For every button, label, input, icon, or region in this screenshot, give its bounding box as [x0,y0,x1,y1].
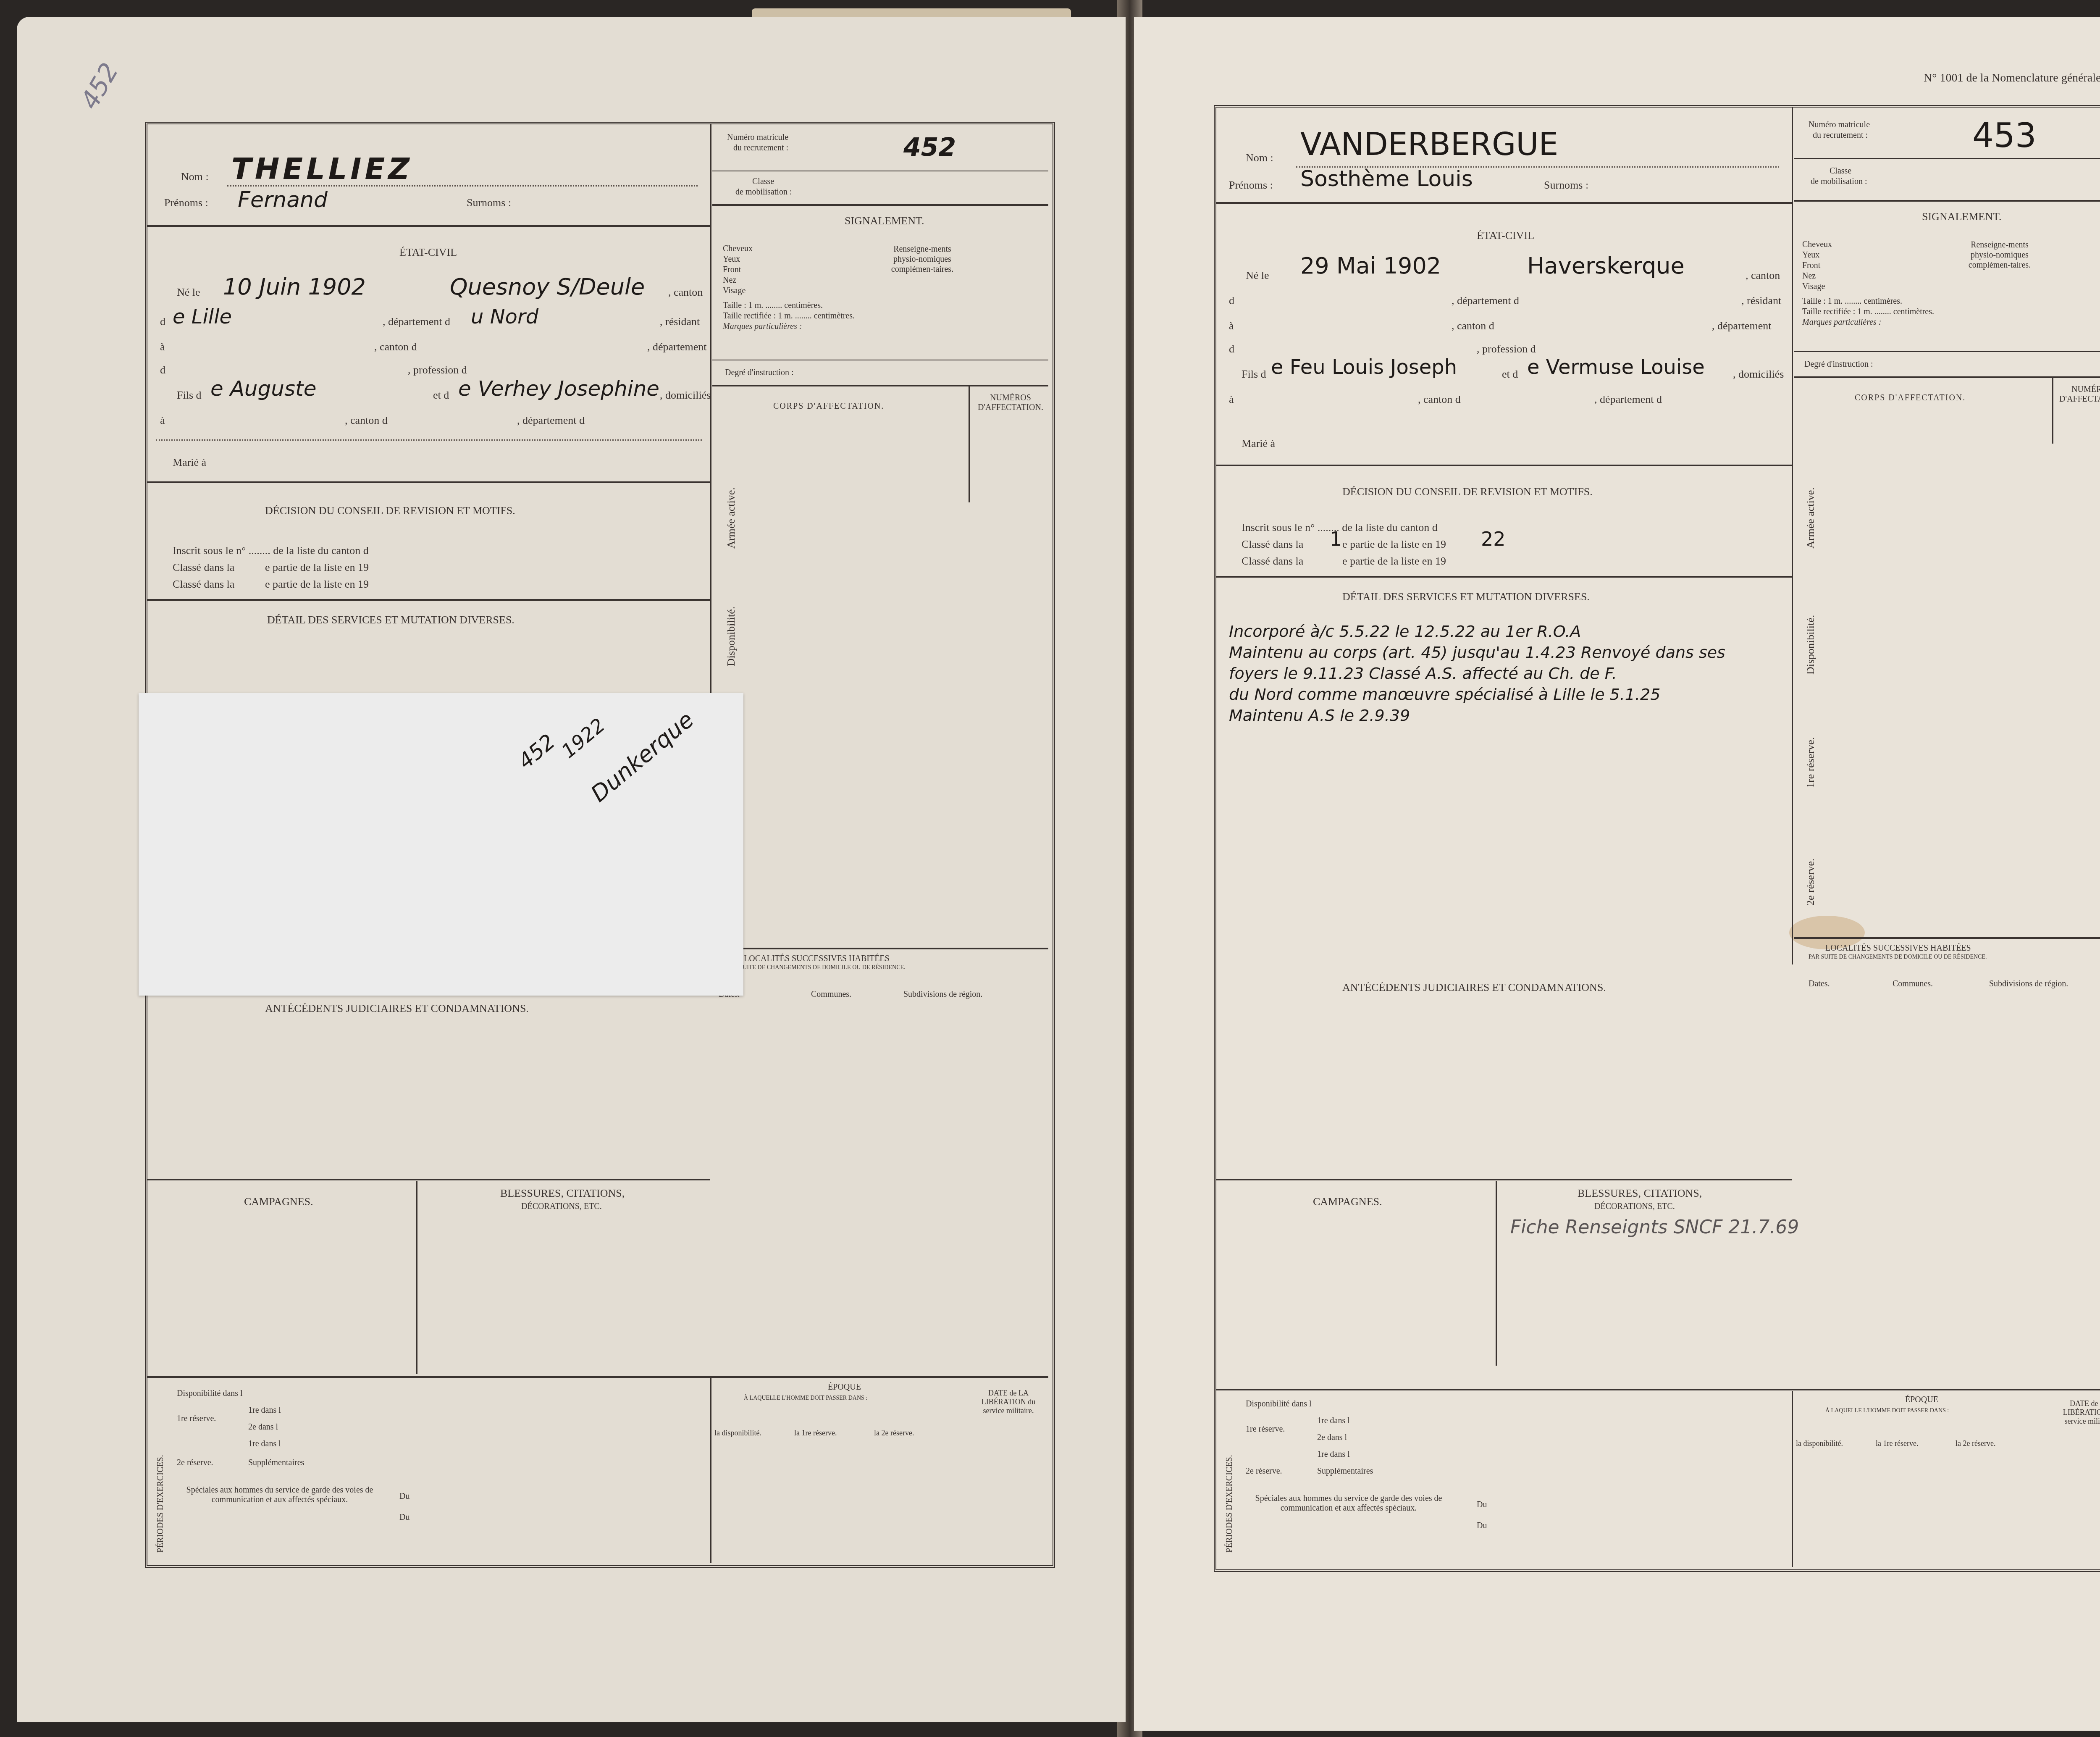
service-line: Maintenu au corps (art. 45) jusqu'au 1.4… [1229,643,1725,662]
campagnes-heading-r: CAMPAGNES. [1313,1196,1382,1208]
recrutement-label-r: du recrutement : [1813,131,1868,140]
deuxieme-dans-label-r: 2e dans l [1317,1433,1347,1443]
yeux-label-r: Yeux [1802,250,1819,260]
nom-line [227,185,698,187]
a-label-r: à [1229,320,1234,332]
d-label-r2: d [1229,343,1234,355]
classe-dans-label-1: Classé dans la [173,561,234,574]
dates-heading-r: Dates. [1809,979,1830,989]
blessures-heading-r: BLESSURES, CITATIONS, [1578,1187,1702,1200]
supplementaires-label-r: Supplémentaires [1317,1466,1373,1476]
front-label: Front [723,265,741,275]
deuxieme-dans-label: 2e dans l [248,1422,278,1432]
birth-place-r: Haverskerque [1527,252,1685,279]
partie-liste-label-r1: e partie de la liste en 19 [1342,538,1446,551]
du-label-2: Du [399,1513,409,1522]
departement-label: , département d [383,315,450,328]
taille-label-r: Taille : 1 m. ........ centimères. [1802,297,1902,306]
la-2e-reserve-heading-r: la 2e réserve. [1956,1439,1995,1448]
birth-place: Quesnoy S/Deule [450,273,645,300]
birth-date-r: 29 Mai 1902 [1300,252,1441,279]
matricule-label: Numéro matricule [727,133,788,142]
numeros-affectation-heading: NUMÉROS D'AFFECTATION. [977,393,1044,413]
matricule-value-r: 453 [1972,116,2037,155]
a-label-2: à [160,414,165,427]
reserve-2-label-r: 2e réserve. [1804,858,1817,906]
numeros-affectation-heading-r: NUMÉROS D'AFFECTATION. [2058,385,2100,404]
attached-index-card: 452 1922 Dunkerque [139,693,743,996]
decorations-heading: DÉCORATIONS, ETC. [521,1202,602,1211]
domicilies-label-r: , domiciliés [1733,368,1784,381]
etat-civil-heading-r: ÉTAT-CIVIL [1477,229,1534,242]
nom-label: Nom : [181,171,209,183]
premiere-reserve-label: 1re réserve. [177,1414,216,1424]
marques-label: Marques particulières : [723,322,802,331]
canton-d-label-2: , canton d [345,414,388,427]
left-corner-number: 452 [75,58,124,114]
localites-heading: LOCALITÉS SUCCESSIVES HABITÉES [744,954,890,964]
epoque-sub: À LAQUELLE L'HOMME DOIT PASSER DANS : [744,1395,867,1402]
et-de-label: et d [433,389,449,402]
epoque-heading-r: ÉPOQUE [1905,1395,1938,1405]
residant-label: , résidant [660,315,700,328]
cheveux-label-r: Cheveux [1802,240,1832,250]
departement-d-label-r: , département d [1594,393,1662,406]
armee-active-label: Armée active. [725,487,738,549]
partie-liste-label-2: e partie de la liste en 19 [265,578,369,591]
signalement-heading-r: SIGNALEMENT. [1922,210,2001,223]
yeux-label: Yeux [723,255,740,264]
la-disponibilite-heading-r: la disponibilité. [1796,1439,1843,1448]
detail-services-heading-r: DÉTAIL DES SERVICES ET MUTATION DIVERSES… [1342,591,1590,603]
prenoms-label-r: Prénoms : [1229,179,1273,192]
nez-label: Nez [723,276,736,285]
corps-affectation-heading: CORPS D'AFFECTATION. [773,402,884,411]
supplementaires-label: Supplémentaires [248,1458,304,1468]
etat-civil-heading: ÉTAT-CIVIL [399,246,457,259]
birth-date: 10 Juin 1902 [223,273,366,300]
canton-value: e Lille [173,305,232,328]
departement-value: u Nord [471,305,538,328]
speciales-label-r: Spéciales aux hommes du service de garde… [1242,1494,1456,1513]
reserve-1-label-r: 1re réserve. [1804,737,1817,788]
taille-rectifiee-label: Taille rectifiée : 1 m. ........ centimè… [723,311,855,321]
subdivisions-heading-r: Subdivisions de région. [1989,979,2068,989]
du-label-1: Du [399,1492,409,1501]
ne-le-label-r: Né le [1246,269,1269,282]
a-label-r2: à [1229,393,1234,406]
front-label-r: Front [1802,261,1820,271]
service-line: du Nord comme manœuvre spécialisé à Lill… [1229,685,1660,704]
localites-sub-r: PAR SUITE DE CHANGEMENTS DE DOMICILE OU … [1809,954,1987,961]
communes-heading: Communes. [811,990,851,999]
la-1re-reserve-heading: la 1re réserve. [794,1429,837,1437]
fils-de-label: Fils d [177,389,202,402]
renseignements-label: Renseigne-ments physio-nomiques compléme… [891,244,954,274]
service-line: Maintenu A.S le 2.9.39 [1229,706,1410,725]
disponibilite-dans-label-r: Disponibilité dans l [1246,1399,1312,1409]
decision-heading-r: DÉCISION DU CONSEIL DE REVISION ET MOTIF… [1342,486,1593,498]
blessures-heading: BLESSURES, CITATIONS, [500,1187,625,1200]
du-label-r1: Du [1477,1500,1487,1510]
blank-line [156,439,702,441]
d-label: d [160,315,165,328]
la-disponibilite-heading: la disponibilité. [714,1429,761,1437]
mother-name-r: e Vermuse Louise [1527,355,1705,379]
card-note-place: Dunkerque [586,706,699,807]
taille-label: Taille : 1 m. ........ centimères. [723,301,823,310]
canton-label-r: , canton [1746,269,1780,282]
la-2e-reserve-heading: la 2e réserve. [874,1429,914,1437]
a-label: à [160,341,165,353]
d-label-2: d [160,364,165,376]
la-1re-reserve-heading-r: la 1re réserve. [1876,1439,1918,1448]
premiere-dans-label-2: 1re dans l [248,1439,281,1449]
localites-sub: PAR SUITE DE CHANGEMENTS DE DOMICILE OU … [727,964,906,971]
detail-services-heading: DÉTAIL DES SERVICES ET MUTATION DIVERSES… [267,614,514,626]
inscrit-label: Inscrit sous le n° ........ de la liste … [173,544,369,557]
cheveux-label: Cheveux [723,244,753,254]
disponibilite-dans-label: Disponibilité dans l [177,1389,243,1398]
premiere-dans-label-r2: 1re dans l [1317,1450,1350,1459]
antecedents-heading: ANTÉCÉDENTS JUDICIAIRES ET CONDAMNATIONS… [265,1002,529,1015]
decorations-heading-r: DÉCORATIONS, ETC. [1594,1202,1675,1211]
prenoms-label: Prénoms : [164,197,208,209]
classe-dans-label-r2: Classé dans la [1242,555,1303,568]
periodes-label-r: PÉRIODES D'EXERCICES. [1225,1455,1234,1553]
classe-partie-value: 1 [1330,528,1342,550]
profession-label: , profession d [408,364,467,376]
departement-d-label: , département d [517,414,585,427]
visage-label: Visage [723,286,745,296]
surnoms-label: Surnoms : [467,197,511,209]
nom-value-r: VANDERBERGUE [1300,126,1558,163]
matricule-label-r: Numéro matricule [1809,120,1870,130]
visage-label-r: Visage [1802,282,1825,292]
departement-label-r: , département d [1452,294,1519,307]
corps-affectation-heading-r: CORPS D'AFFECTATION. [1855,393,1966,403]
canton-d-label: , canton d [374,341,417,353]
taille-rectifiee-label-r: Taille rectifiée : 1 m. ........ centimè… [1802,307,1934,317]
domicilies-label: , domiciliés [660,389,711,402]
card-note-year: 1922 [557,714,609,763]
premiere-dans-label-r: 1re dans l [1317,1416,1350,1426]
service-line: Incorporé à/c 5.5.22 le 12.5.22 au 1er R… [1229,622,1581,641]
father-name: e Auguste [210,376,316,401]
partie-liste-label-1: e partie de la liste en 19 [265,561,369,574]
marie-label-r: Marié à [1242,437,1275,450]
degre-instruction-label: Degré d'instruction : [725,368,794,378]
deuxieme-reserve-label-r: 2e réserve. [1246,1466,1282,1476]
marques-label-r: Marques particulières : [1802,318,1882,327]
armee-active-label-r: Armée active. [1804,487,1817,549]
disponibilite-label-r: Disponibilité. [1804,615,1817,675]
departement-label-2: , département [647,341,707,353]
blessures-note: Fiche Renseignts SNCF 21.7.69 [1510,1217,1799,1238]
right-form: Nom : VANDERBERGUE Prénoms : Sosthème Lo… [1214,105,2100,1572]
mobilisation-label-r: de mobilisation : [1811,177,1867,187]
service-line: foyers le 9.11.23 Classé A.S. affecté au… [1229,664,1617,683]
epoque-heading: ÉPOQUE [828,1382,861,1392]
prenoms-value: Fernand [238,187,328,213]
card-note-number: 452 [514,729,560,774]
prenoms-value-r: Sosthème Louis [1300,166,1473,192]
subdivisions-heading: Subdivisions de région. [903,990,982,999]
disponibilite-label: Disponibilité. [725,607,738,666]
localites-heading-r: LOCALITÉS SUCCESSIVES HABITÉES [1825,943,1971,953]
nom-label-r: Nom : [1246,152,1273,164]
campagnes-heading: CAMPAGNES. [244,1196,313,1208]
epoque-sub-r: À LAQUELLE L'HOMME DOIT PASSER DANS : [1825,1408,1949,1414]
mother-name: e Verhey Josephine [458,376,659,401]
degre-instruction-label-r: Degré d'instruction : [1804,360,1873,369]
date-liberation-heading-r: DATE de LA LIBÉRATION du service militai… [2052,1399,2100,1426]
departement-label-r2: , département [1712,320,1772,332]
du-label-r2: Du [1477,1521,1487,1531]
divider [710,124,711,696]
et-de-label-r: et d [1502,368,1518,381]
classe-annee-value: 22 [1481,528,1506,550]
canton-d-label-r: , canton d [1452,320,1494,332]
canton-label: , canton [668,286,703,299]
d-label-r: d [1229,294,1234,307]
fils-de-label-r: Fils d [1242,368,1266,381]
renseignements-label-r: Renseigne-ments physio-nomiques compléme… [1968,240,2031,270]
communes-heading-r: Communes. [1893,979,1933,989]
antecedents-heading-r: ANTÉCÉDENTS JUDICIAIRES ET CONDAMNATIONS… [1342,981,1606,994]
decision-heading: DÉCISION DU CONSEIL DE REVISION ET MOTIF… [265,505,515,517]
speciales-label: Spéciales aux hommes du service de garde… [173,1485,387,1505]
date-liberation-heading: DATE de LA LIBÉRATION du service militai… [971,1389,1046,1415]
classe-dans-label-2: Classé dans la [173,578,234,591]
classe-dans-label-r1: Classé dans la [1242,538,1303,551]
matricule-value: 452 [903,133,956,162]
classe-label: Classe [752,177,774,187]
classe-label-r: Classe [1830,166,1851,176]
partie-liste-label-r2: e partie de la liste en 19 [1342,555,1446,568]
residant-label-r: , résidant [1741,294,1781,307]
deuxieme-reserve-label: 2e réserve. [177,1458,213,1468]
canton-d-label-r2: , canton d [1418,393,1461,406]
signalement-heading: SIGNALEMENT. [845,215,924,227]
father-name-r: e Feu Louis Joseph [1271,355,1457,379]
profession-label-r: , profession d [1477,343,1536,355]
periodes-label: PÉRIODES D'EXERCICES. [156,1455,165,1553]
surnoms-label-r: Surnoms : [1544,179,1588,192]
nez-label-r: Nez [1802,271,1816,281]
marie-label: Marié à [173,456,206,469]
mobilisation-label: de mobilisation : [735,187,792,197]
ne-le-label: Né le [177,286,200,299]
nomenclature-text: N° 1001 de la Nomenclature générale. [1924,71,2100,85]
premiere-dans-label: 1re dans l [248,1406,281,1415]
premiere-reserve-label-r: 1re réserve. [1246,1424,1285,1434]
nom-value: THELLIEZ [231,152,413,186]
recrutement-label: du recrutement : [733,143,788,153]
